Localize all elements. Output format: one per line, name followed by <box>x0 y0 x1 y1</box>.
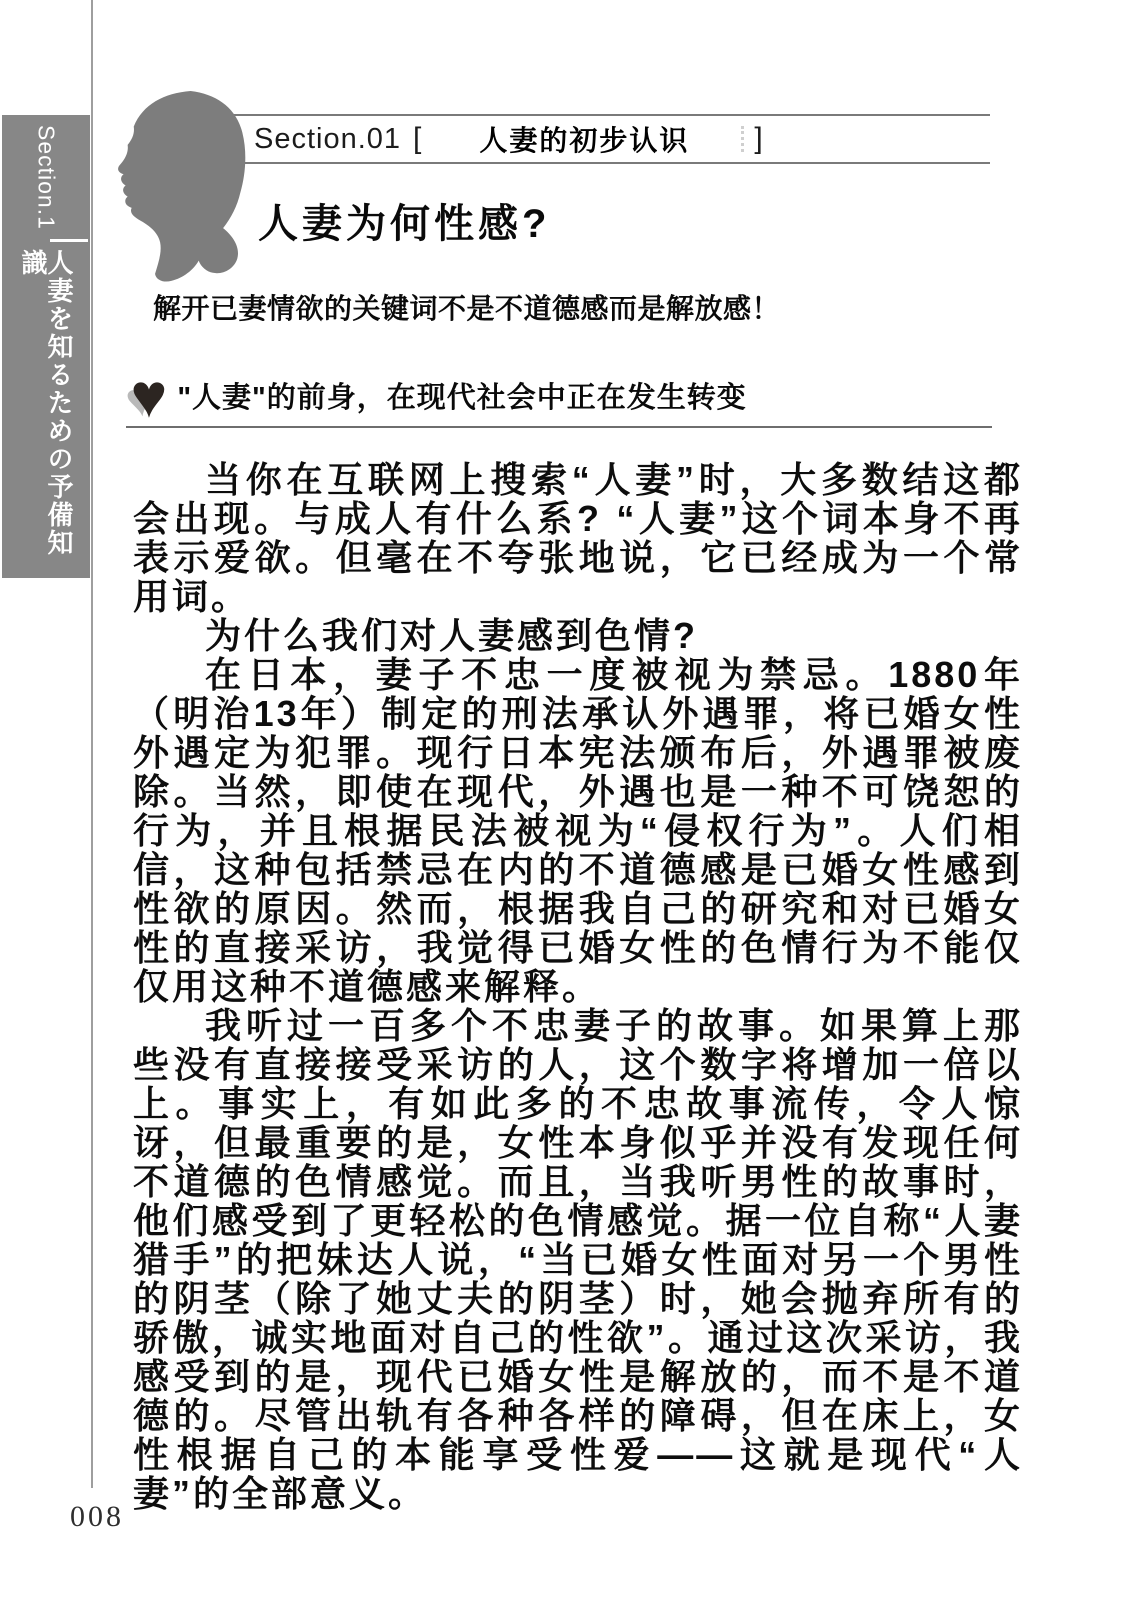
section-header-band: Section.01 [ 人妻的初步认识 ] <box>230 114 990 164</box>
scan-artifact <box>741 126 744 152</box>
sidebar-separator <box>50 239 88 242</box>
page-number: 008 <box>70 1500 124 1534</box>
body-paragraph: 在日本，妻子不忠一度被视为禁忌。1880年（明治13年）制定的刑法承认外遇罪，将… <box>133 655 1023 1006</box>
section-sidebar: Section.1 人妻を知るための予備知識 <box>2 115 90 578</box>
sidebar-chapter-title: 人妻を知るための予備知識 <box>20 249 72 578</box>
body-paragraph: 我听过一百多个不忠妻子的故事。如果算上那些没有直接接受采访的人，这个数字将增加一… <box>133 1006 1023 1513</box>
bracket-close: ] <box>754 122 762 156</box>
bracket-open: [ <box>413 122 421 156</box>
page-margin-rule <box>91 0 93 1488</box>
page-subtitle: 解开已妻情欲的关键词不是不道德感而是解放感！ <box>153 287 780 327</box>
topic-heading: ♥ ♥ "人妻"的前身，在现代社会中正在发生转变 <box>126 370 992 428</box>
body-paragraph: 为什么我们对人妻感到色情? <box>133 616 1023 655</box>
woman-silhouette-icon <box>110 88 260 286</box>
sidebar-section-label: Section.1 <box>35 125 58 230</box>
page-title: 人妻为何性感? <box>258 192 550 249</box>
section-header-title: 人妻的初步认识 <box>479 119 689 159</box>
topic-heading-text: "人妻"的前身，在现代社会中正在发生转变 <box>177 375 747 416</box>
section-number-label: Section.01 <box>254 123 401 156</box>
book-page: Section.1 人妻を知るための予備知識 Section.01 [ 人妻的初… <box>0 0 1128 1600</box>
heart-icon: ♥ <box>131 366 168 428</box>
body-text: 当你在互联网上搜索“人妻”时，大多数结这都会出现。与成人有什么系? “人妻”这个… <box>133 460 1023 1513</box>
body-paragraph: 当你在互联网上搜索“人妻”时，大多数结这都会出现。与成人有什么系? “人妻”这个… <box>133 460 1023 616</box>
